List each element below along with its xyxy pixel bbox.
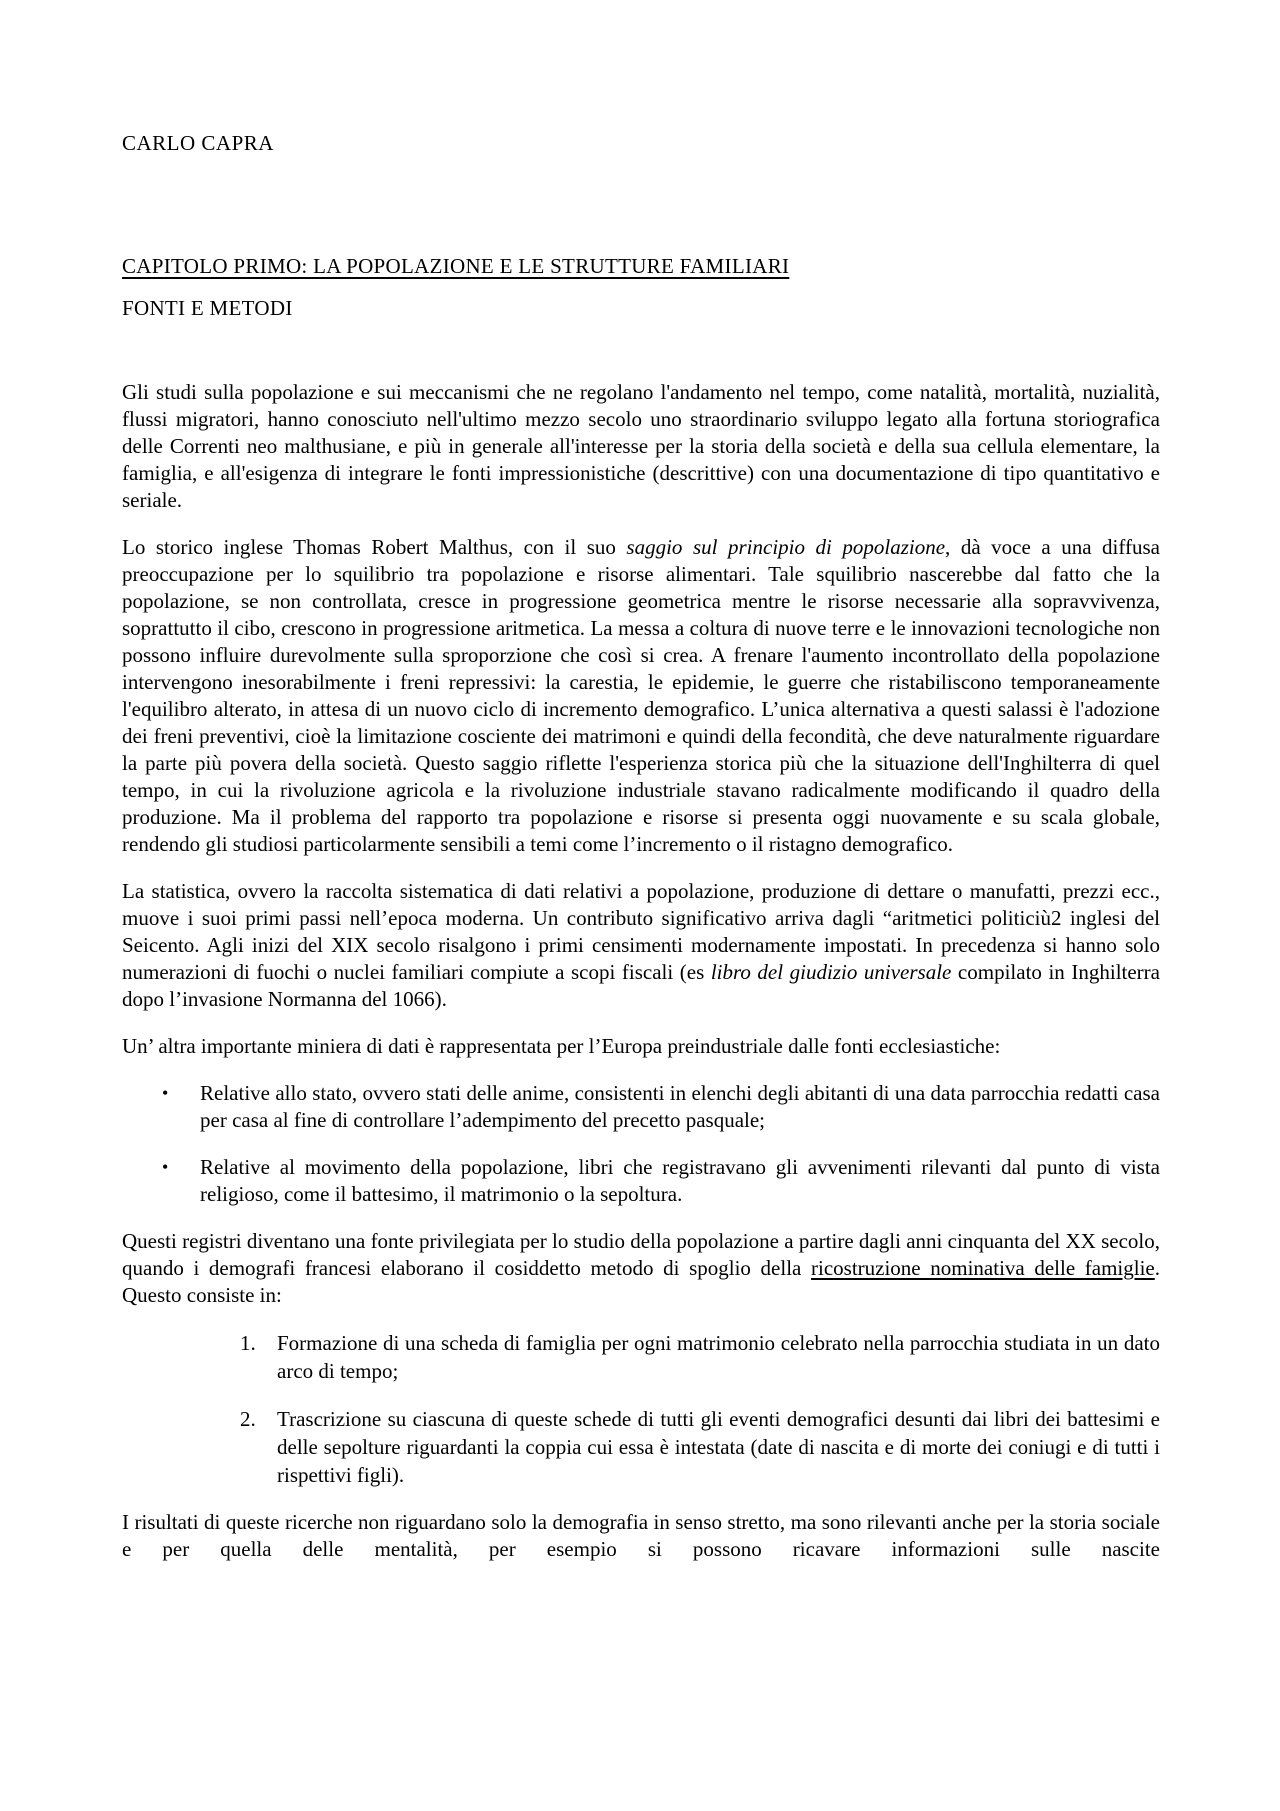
- list-item: •Relative al movimento della popolazione…: [122, 1154, 1160, 1208]
- list-item: 2.Trascrizione su ciascuna di queste sch…: [122, 1405, 1160, 1489]
- paragraph-results: I risultati di queste ricerche non rigua…: [122, 1509, 1160, 1563]
- paragraph-population-studies: Gli studi sulla popolazione e sui meccan…: [122, 379, 1160, 514]
- underlined-phrase-family-reconstruction: ricostruzione nominativa delle famiglie: [811, 1256, 1155, 1280]
- paragraph-text: Gli studi sulla popolazione e sui meccan…: [122, 380, 1160, 512]
- paragraph-text-before-italic: Lo storico inglese Thomas Robert Malthus…: [122, 535, 626, 559]
- paragraph-text: Un’ altra importante miniera di dati è r…: [122, 1034, 1000, 1058]
- paragraph-statistics: La statistica, ovvero la raccolta sistem…: [122, 878, 1160, 1013]
- italic-book-title-domesday: libro del giudizio universale: [711, 960, 952, 984]
- number-marker: 2.: [240, 1405, 256, 1433]
- bullet-list-church-records: •Relative allo stato, ovvero stati delle…: [122, 1080, 1160, 1208]
- numbered-list-method-steps: 1.Formazione di una scheda di famiglia p…: [122, 1329, 1160, 1489]
- list-item: 1.Formazione di una scheda di famiglia p…: [122, 1329, 1160, 1385]
- paragraph-text-after-italic: , dà voce a una diffusa preoccupazione p…: [122, 535, 1160, 856]
- paragraph-ecclesiastical-sources: Un’ altra importante miniera di dati è r…: [122, 1033, 1160, 1060]
- paragraph-text: I risultati di queste ricerche non rigua…: [122, 1510, 1160, 1561]
- chapter-title: CAPITOLO PRIMO: LA POPOLAZIONE E LE STRU…: [122, 253, 1160, 280]
- list-item-text: Formazione di una scheda di famiglia per…: [277, 1331, 1160, 1383]
- document-content: CARLO CAPRA CAPITOLO PRIMO: LA POPOLAZIO…: [0, 0, 1280, 1563]
- number-marker: 1.: [240, 1329, 256, 1357]
- bullet-marker-icon: •: [162, 1080, 168, 1107]
- italic-book-title-malthus: saggio sul principio di popolazione: [626, 535, 945, 559]
- document-page: CARLO CAPRA CAPITOLO PRIMO: LA POPOLAZIO…: [0, 0, 1280, 1811]
- paragraph-registers: Questi registri diventano una fonte priv…: [122, 1228, 1160, 1309]
- list-item: •Relative allo stato, ovvero stati delle…: [122, 1080, 1160, 1134]
- section-title: FONTI E METODI: [122, 295, 1160, 322]
- list-item-text: Trascrizione su ciascuna di queste sched…: [277, 1407, 1160, 1487]
- list-item-text: Relative allo stato, ovvero stati delle …: [200, 1081, 1160, 1132]
- list-item-text: Relative al movimento della popolazione,…: [200, 1155, 1160, 1206]
- author-line: CARLO CAPRA: [122, 130, 1160, 157]
- bullet-marker-icon: •: [162, 1154, 168, 1181]
- paragraph-malthus: Lo storico inglese Thomas Robert Malthus…: [122, 534, 1160, 858]
